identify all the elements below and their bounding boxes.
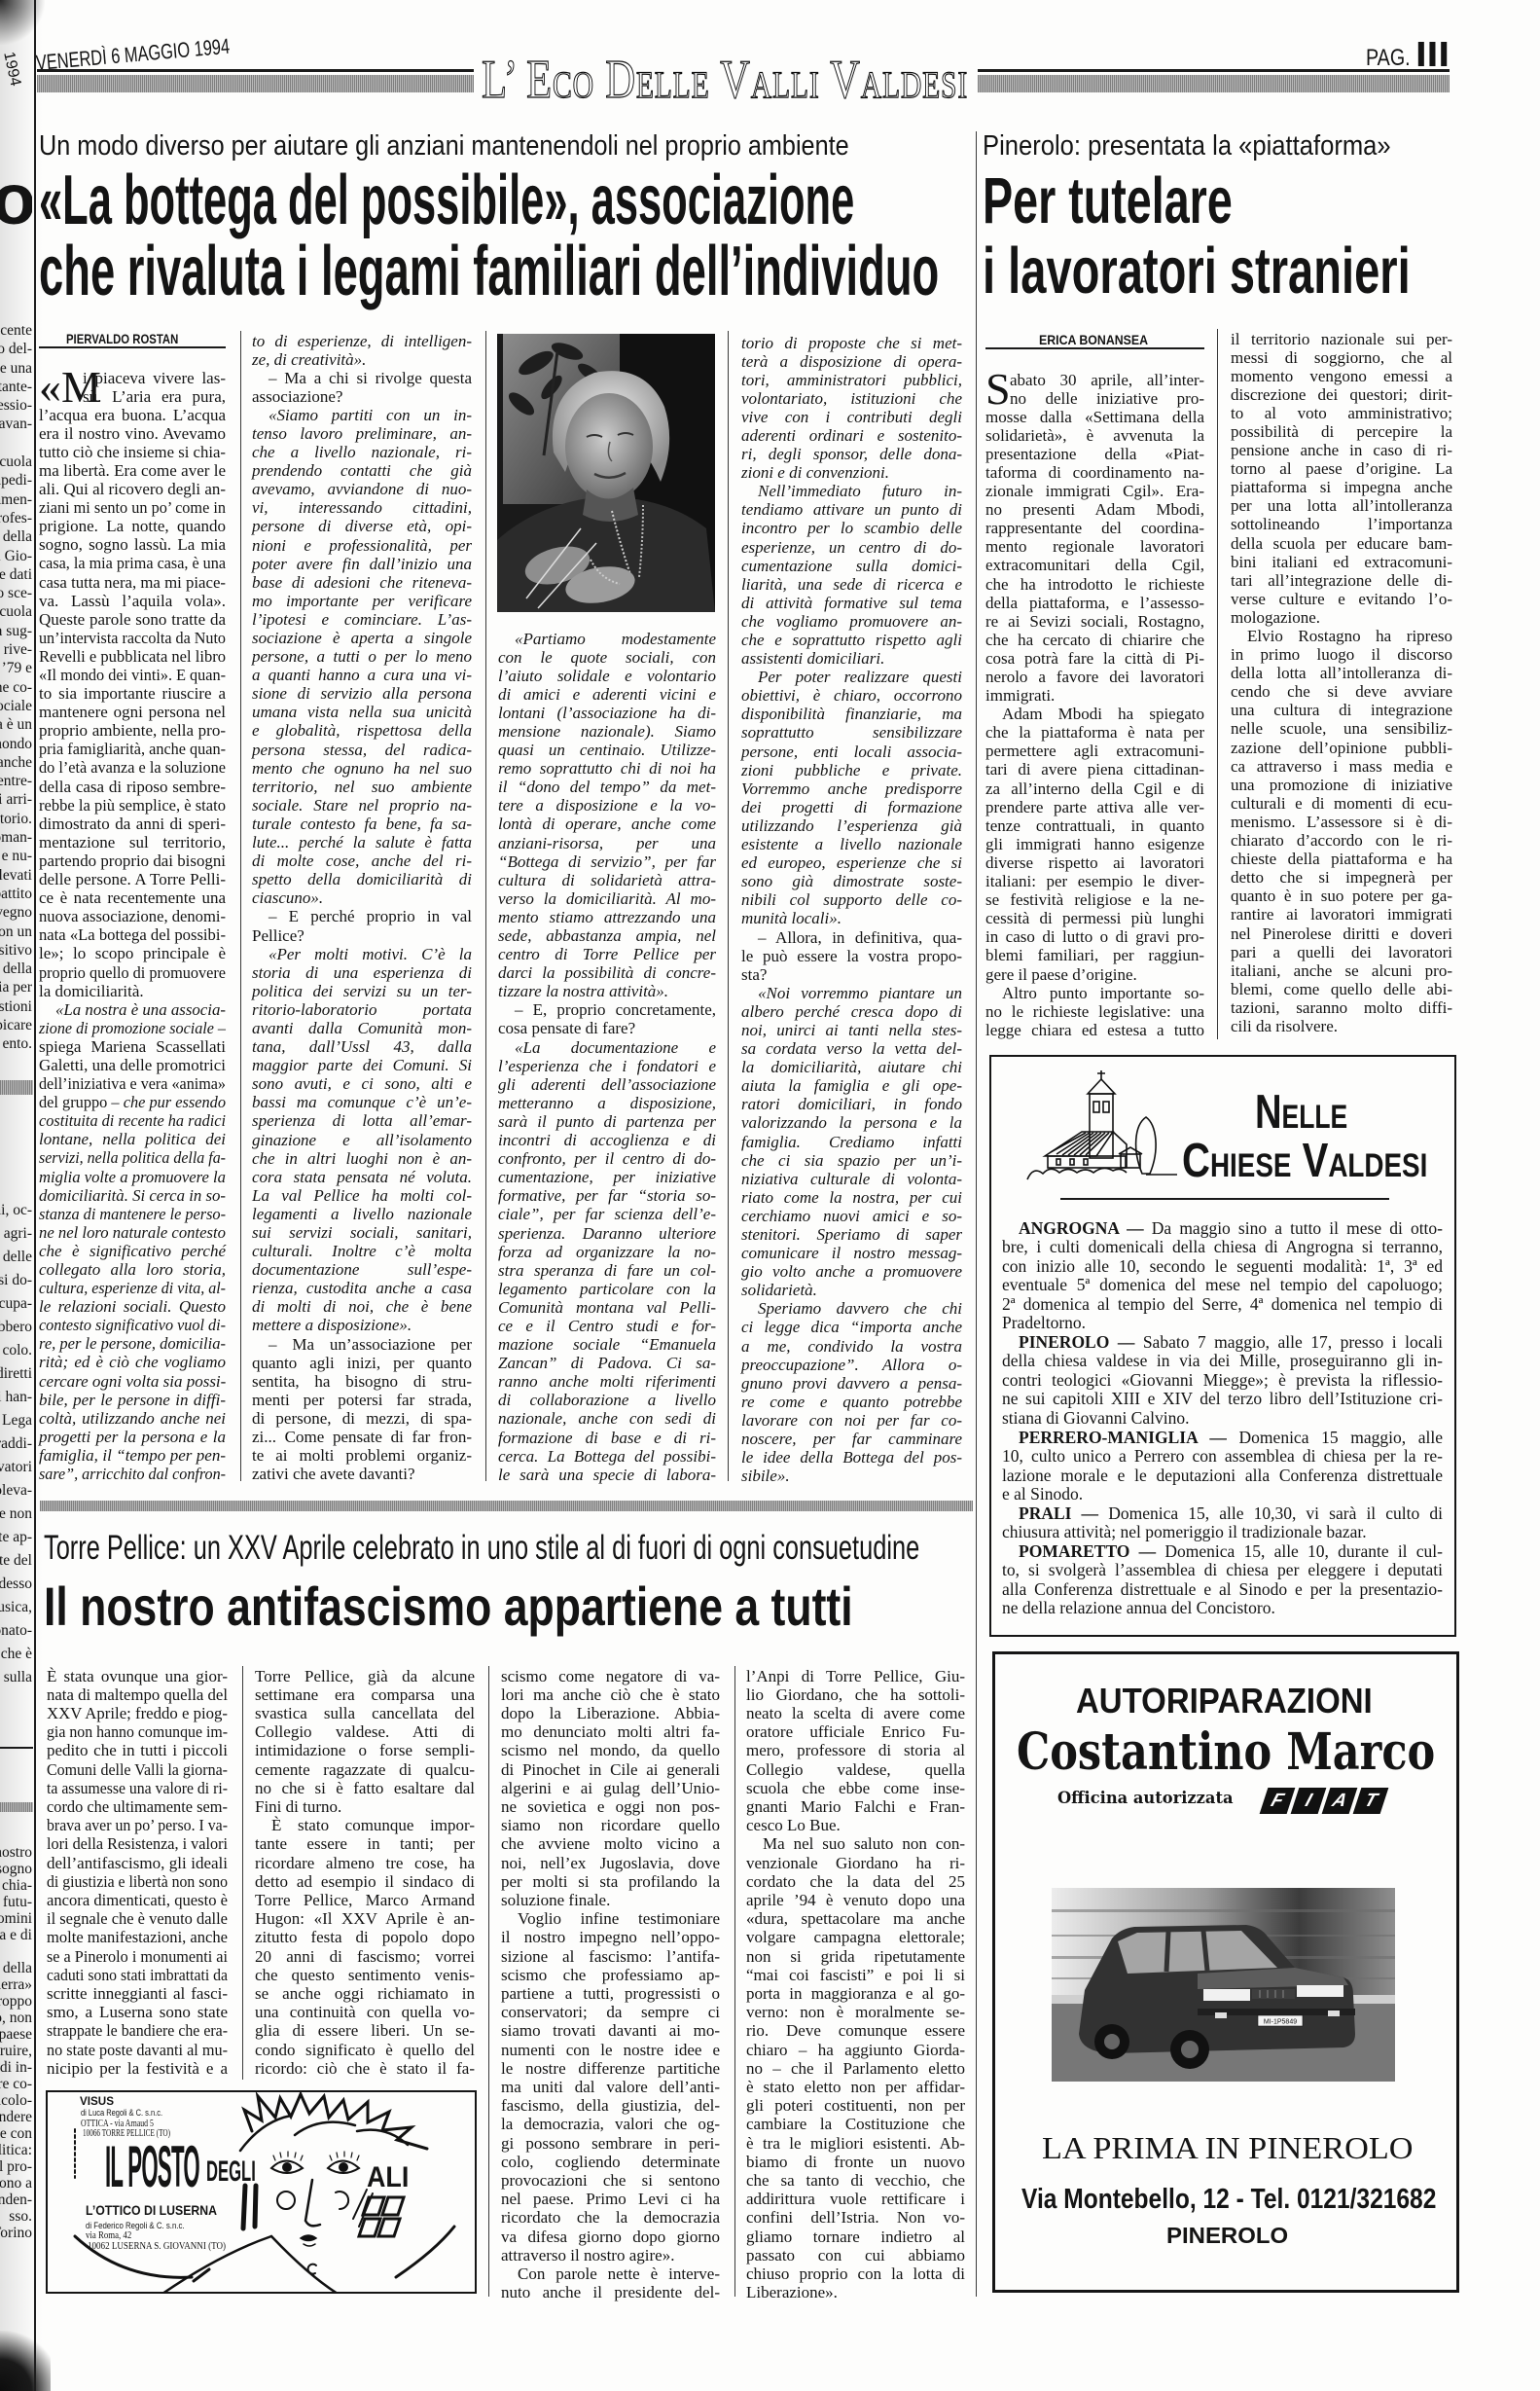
text-line: esistente a livello nazionale (741, 835, 962, 853)
text-line: È stato comunque impor- (255, 1816, 475, 1834)
fragment-line: ’avan- (0, 415, 32, 433)
text-line: rappresentante del coordina- (985, 519, 1204, 537)
text-line: tazioni, saranno molto diffi- (1231, 998, 1452, 1017)
text-line: conservatori; da sempre ci (501, 2003, 720, 2021)
text-line: l’esperienza che i fondatori e (498, 1057, 716, 1075)
text-line: presentazione della «Piat- (985, 445, 1204, 463)
text-line: Speriamo davvero che chi (741, 1299, 962, 1318)
text-line: vi, interessando cittadini, (252, 498, 472, 517)
article-pinerolo-headline-line-2: i lavoratori stranieri (983, 238, 1411, 304)
article-bottega-column-2: to di esperienze, di intelligen-ze, di c… (252, 332, 472, 1484)
text-line: cosa pensate di fare? (498, 1019, 716, 1037)
text-line: ginazione e all’isolamento (252, 1131, 472, 1149)
text-line: cerchiamo nuovi amici e so- (741, 1207, 962, 1225)
text-line: nazionale, anche con sedi di (498, 1409, 716, 1428)
text-line: «dura, spettacolare ma anche (746, 1909, 965, 1928)
text-line: legge chiara ed estesa a tutto (985, 1021, 1204, 1039)
fragment-line: politica: (0, 2142, 32, 2158)
fragment-line: nto, non (0, 2010, 32, 2026)
text-line: brava aver un po’ perso. I va- (47, 1816, 228, 1834)
prev-page-rule (0, 1747, 33, 1749)
text-line: che la piattaforma è nata per (985, 723, 1204, 742)
text-line: ce e il Centro studi e for- (498, 1317, 716, 1335)
shop2-city: 10062 LUSERNA S. GIOVANNI (TO) (88, 2242, 226, 2253)
text-line: cercare ogni volta sia possi- (39, 1372, 226, 1391)
paragraph: Con parole nette è interve-nuto anche il… (501, 2264, 720, 2301)
text-line: una cultura di integrazione (1231, 701, 1452, 719)
text-line: Voglio infine testimoniare (501, 1909, 720, 1928)
text-line: Comuni delle Valli la giorna- (47, 1760, 228, 1779)
text-line: di molte cose, anche del ri- (252, 851, 472, 870)
ad-title-wrap: AUTORIPARAZIONI (1076, 1684, 1400, 1719)
text-line: – Ma un’associazione per (252, 1335, 472, 1354)
text-line: rio. Deve comunque essere (746, 2021, 965, 2040)
text-line: il territorio nazionale sui per- (1231, 330, 1452, 348)
text-line: intimidazione o forse sempli- (255, 1741, 475, 1759)
text-line: È stata ovunque una gior- (47, 1667, 228, 1685)
paragraph: Altro punto importante so-no le richiest… (985, 984, 1204, 1039)
fragment-line: ngono a (0, 2175, 32, 2192)
fragment-line: profes- (0, 509, 32, 527)
text-line: associazione? (252, 387, 472, 406)
fragment-line: penden- (0, 2192, 32, 2208)
fragment-line: con un (0, 923, 32, 941)
text-line: tari all’integrazione delle di- (1231, 571, 1452, 590)
text-line: che in altri luoghi non è an- (252, 1149, 472, 1168)
fragment-line: mpedi- (0, 471, 32, 489)
paragraph: – E perché proprio in valPellice? (252, 907, 472, 944)
text-line: di collaborazione a livello (498, 1391, 716, 1409)
text-line: aiuta la famiglia e gli ope- (741, 1076, 962, 1095)
text-line: momento vengono emessi a (1231, 367, 1452, 385)
fragment-line: nte ap- (0, 1526, 32, 1549)
text-line: scuola che ebbe come inse- (746, 1779, 965, 1797)
text-line: taforma di coordinamento na- (985, 463, 1204, 482)
text-line: ricordato che la democrazia (501, 2208, 720, 2227)
text-line: zioni pubbliche e private. (741, 761, 962, 779)
text-line: storia di una esperienza di (252, 963, 472, 982)
text-line: anziani-risorsa, per una (498, 834, 716, 852)
text-line: mazione sociale “Emanuela (498, 1335, 716, 1354)
text-line: no che si è fatto esaltare dal (255, 1779, 475, 1797)
text-line: domiciliarità. Si cerca in so- (39, 1186, 226, 1205)
text-line: incontri di accoglienza e di (498, 1131, 716, 1149)
church-box-title-line-1: Nelle (1255, 1089, 1347, 1137)
article-bottega-byline: PIERVALDO ROSTAN (66, 332, 178, 345)
text-line: attraverso il nostro agire». (501, 2246, 720, 2264)
text-line: sogno, sogno lassù. La mia (39, 535, 226, 554)
text-line: lontani (l’associazione ha di- (498, 704, 716, 722)
text-line: fascismo, della giustizia, del- (501, 2096, 720, 2115)
paragraph: – Ma un’associazione perquanto agli iniz… (252, 1335, 472, 1484)
text-line: PERRERO-MANIGLIA — Domenica 15 maggio, a… (1002, 1429, 1443, 1448)
text-line: tenso lavoro preliminare, an- (252, 424, 472, 443)
text-line: chiaro – ha aggiunto Giorda- (746, 2041, 965, 2059)
text-line: che è significativo perché (39, 1242, 226, 1260)
text-line: no le richieste legislative: una (985, 1002, 1204, 1021)
fragment-line: sociale (0, 697, 32, 715)
text-line: Collegio valdese. Atti di (255, 1722, 475, 1741)
text-line: a quanti hanno a cura una vi- (252, 666, 472, 684)
text-line: scritte inneggianti al fasci- (47, 1984, 228, 2003)
text-line: verso la domiciliarità. Al mo- (498, 889, 716, 908)
text-line: proprio ambiente, nella pro- (39, 721, 226, 740)
text-line: Torre Pellice, già da alcune (255, 1667, 475, 1685)
text-line: gli poteri costituenti, non per (746, 2096, 965, 2115)
text-line: zitutto festa di popolo dopo (255, 1928, 475, 1946)
article-pinerolo-column-1: Sabato 30 aprile, all’inter-no delle ini… (985, 371, 1204, 1039)
text-line: famiglia, il “tempo per pen- (39, 1446, 226, 1465)
fragment-line: rzi han- (0, 1386, 32, 1409)
article-bottega-column-1: «Mi piaceva vivere las-sù. L’aria era pu… (39, 369, 226, 1484)
text-line: della lotta all’intolleranza di- (1231, 664, 1452, 682)
text-line: sperienza. Daranno ulteriore (498, 1224, 716, 1243)
text-line: che ha cercato di chiarire che (985, 631, 1204, 649)
fragment-line: io del- (0, 340, 32, 358)
text-line: «La documentazione e (498, 1038, 716, 1057)
fragment-line: fessio- (0, 396, 32, 415)
text-line: quanto è in suo potere per ga- (1231, 887, 1452, 905)
masthead-title: L’ Eco Delle Valli Valdesi (482, 53, 968, 107)
paragraph: PERRERO-MANIGLIA — Domenica 15 maggio, a… (1002, 1429, 1443, 1504)
text-line: sizione al fascismo: l’antifa- (501, 1947, 720, 1966)
fragment-line: e entre- (0, 772, 32, 790)
text-line: pria famigliarità, anche quan- (39, 740, 226, 758)
text-line: va. Lassù l’aquila vola». (39, 592, 226, 610)
paragraph: Voglio infine testimoniareil nostro impe… (501, 1909, 720, 2264)
fragment-line: scuola (0, 453, 32, 471)
text-line: porta in maggioranza e al go- (746, 1984, 965, 2003)
text-line: il nostro impegno nell’oppo- (501, 1928, 720, 1946)
text-line: diverse rispetto ai lavoratori (985, 853, 1204, 872)
text-line: confini dell’Istria. Non vo- (746, 2208, 965, 2227)
text-line: lazione morale e le deputazioni alla Con… (1002, 1467, 1443, 1486)
ad-subtitle: Officina autorizzata (1057, 1791, 1234, 1807)
text-line: zi... Come pensate di far fron- (252, 1428, 472, 1446)
fragment-line: musica, (0, 1596, 32, 1619)
text-line: cultura di solidarietà attra- (498, 871, 716, 889)
text-line: riato come la nostra, per cui (741, 1188, 962, 1207)
article-pinerolo-kicker-wrap: Pinerolo: presentata la «piattaforma» (983, 132, 1446, 161)
text-line: stenitori. Speriamo di saper (741, 1225, 962, 1244)
fragment-line: to delle (0, 1246, 32, 1269)
ad-city-wrap: PINEROLO (1166, 2225, 1283, 2248)
text-line: ali. Qui al ricovero degli an- (39, 480, 226, 498)
text-line: biamo di fronte un nuovo (746, 2153, 965, 2171)
header-rule-left (37, 69, 474, 72)
text-line: assistenti domiciliari. (741, 649, 962, 668)
text-line: no – che il Parlamento eletto (746, 2059, 965, 2078)
text-line: tizzare la nostra attività». (498, 982, 716, 1000)
fragment-line: n Gio- (0, 547, 32, 565)
text-line: Elvio Rostagno ha ripreso (1231, 627, 1452, 645)
paragraph: «La nostra è una associa-zione di promoz… (39, 1000, 226, 1483)
text-line: del gruppo – che pur essendo (39, 1093, 226, 1111)
text-line: eventuale 5ª domenica del mese nel tempi… (1002, 1276, 1443, 1295)
text-line: spetto della domiciliarità di (252, 870, 472, 888)
fragment-line: rale con (0, 2125, 32, 2142)
text-line: scismo come negatore di va- (501, 1667, 720, 1685)
text-line: disponibilità finanziarie, ma (741, 705, 962, 723)
text-line: passato con cui abbiamo (746, 2246, 965, 2264)
text-line: soprattutto sensibilizzare (741, 723, 962, 742)
text-line: volontariato, istituzioni che (741, 389, 962, 408)
text-line: volgare campagna elettorale; (746, 1928, 965, 1946)
text-line: sede, abbastanza ampia, nel (498, 926, 716, 945)
column-divider (242, 1666, 243, 2080)
text-line: la domiciliarità. (39, 982, 226, 1000)
text-line: quanto agli inizi, per quanto (252, 1354, 472, 1372)
elderly-woman-photo-icon (497, 334, 715, 612)
fragment-line: uomini (0, 1910, 32, 1927)
text-line: PRALI — Domenica 15, alle 10,30, vi sarà… (1002, 1504, 1443, 1524)
text-line: cordato che la data del 25 (746, 1872, 965, 1891)
article-bottega-column-3: «Partiamo modestamentecon le quote socia… (498, 630, 716, 1484)
text-line: che ci sia spazio per un’i- (741, 1151, 962, 1170)
text-line: liarità, una sede di ricerca e (741, 575, 962, 594)
text-line: mero, professore di storia al (746, 1741, 965, 1759)
text-line: con inizio alle 10, secondo le seguenti … (1002, 1257, 1443, 1277)
text-line: valorizzando la persona e la (741, 1113, 962, 1132)
text-line: se festività religiose e la ne- (985, 890, 1204, 909)
article-antifascismo-headline-wrap: Il nostro antifascismo appartiene a tutt… (44, 1579, 1061, 1634)
ad-name-wrap: Costantino Marco (1017, 1727, 1522, 1778)
text-line: cendo che si deve avviare (1231, 682, 1452, 701)
fragment-line: doman- (0, 828, 32, 847)
paragraph: «La documentazione el’esperienza che i f… (498, 1038, 716, 1484)
fragment-line: l nostro (0, 1844, 32, 1861)
text-line: oratore ufficiale Enrico Fu- (746, 1722, 965, 1741)
text-line: permettere agli extracomuni- (985, 742, 1204, 760)
text-line: di amici e aderenti vicini e (498, 685, 716, 704)
article-antifascismo-column-1: È stata ovunque una gior-nata di maltemp… (47, 1667, 228, 2078)
text-line: sentita, ha bisogno di stru- (252, 1372, 472, 1391)
fragment-line: di rive- (0, 640, 32, 659)
text-line: Hugon: «Il XXV Aprile è an- (255, 1909, 475, 1928)
text-line: tere a disposizione e la vo- (498, 796, 716, 815)
ad-address-wrap: Via Montebello, 12 - Tel. 0121/321682 (1021, 2186, 1511, 2214)
text-line: – E, proprio concretamente, (498, 1000, 716, 1019)
text-line: PINEROLO — Sabato 7 maggio, alle 17, pre… (1002, 1333, 1443, 1353)
text-line: zioni e di convenzioni. (741, 463, 962, 482)
text-line: che questo sentimento venis- (255, 1966, 475, 1984)
text-line: remo soprattutto chi di noi ha (498, 759, 716, 778)
text-line: re, per le persone, domicilia- (39, 1334, 226, 1353)
fragment-line: in agri- (0, 1222, 32, 1246)
fragment-line: tti sulla (0, 1666, 32, 1689)
fragment-line: ltivatori (0, 1456, 32, 1479)
paragraph: Sabato 30 aprile, all’inter-no delle ini… (985, 371, 1204, 706)
text-line: munità locali». (741, 909, 962, 927)
text-line: centro di Torre Pellice per (498, 945, 716, 963)
column-divider (240, 331, 241, 1481)
text-line: costituita di recente ha radici (39, 1111, 226, 1130)
text-line: Nell’immediato futuro in- (741, 482, 962, 500)
logo-letter: F (1260, 1788, 1296, 1814)
text-line: documentazione sull’espe- (252, 1260, 472, 1279)
text-line: la domiciliarità, aiutare chi (741, 1058, 962, 1076)
fragment-line: scuola (0, 602, 32, 621)
text-line: bre, i culti domenicali della chiesa di … (1002, 1238, 1443, 1257)
text-line: 10, culto unico a Perrero con assemblea … (1002, 1447, 1443, 1467)
text-line: molte manifestazioni, anche (47, 1928, 228, 1946)
text-line: Torre Pellice, Marco Armand (255, 1891, 475, 1909)
logo-letter: T (1353, 1788, 1389, 1814)
text-line: le idee della Bottega del pos- (741, 1448, 962, 1467)
text-line: nata «La bottega del possibi- (39, 925, 226, 944)
text-line: gli aderenti dell’associazione (498, 1075, 716, 1094)
text-line: quasi un centinaio. Utilizze- (498, 741, 716, 759)
text-line: do l’età avanza e la soluzione (39, 758, 226, 777)
fragment-line: estioni (0, 997, 32, 1016)
text-line: «Partiamo modestamente (498, 630, 716, 648)
fragment-line: torio. (0, 810, 32, 828)
text-line: coltà, utilizzando anche nei (39, 1409, 226, 1428)
text-line: della chiesa valdese in via dei Mille, p… (1002, 1352, 1443, 1371)
text-line: miglia volte a promuovere la (39, 1168, 226, 1186)
text-line: servizi, nella politica della fa- (39, 1148, 226, 1167)
text-line: rità; ed è ciò che vogliamo (39, 1353, 226, 1371)
text-line: famiglia. Crediamo infatti (741, 1133, 962, 1151)
text-line: ancora dimenticati, questo è (47, 1891, 228, 1909)
text-line: la democrazia, valori che og- (501, 2115, 720, 2133)
paragraph: – E, proprio concretamente,cosa pensate … (498, 1000, 716, 1037)
text-line: rienza, custodita anche a casa (252, 1279, 472, 1297)
text-line: in caso di lutto o di gravi pro- (985, 927, 1204, 946)
text-line: italiani: per esempio le diver- (985, 872, 1204, 890)
paragraph: – Ma a chi si rivolge questaassociazione… (252, 369, 472, 406)
text-line: tenze contrattuali, in quanto (985, 816, 1204, 835)
text-line: lute... perché la salute è fatta (252, 833, 472, 851)
text-line: gliamo tornare indietro al (746, 2228, 965, 2246)
text-line: stra speranza di fare un col- (498, 1261, 716, 1280)
text-line: re come e quanto potrebbe (741, 1393, 962, 1411)
text-line: mensione nazionale). Siamo (498, 722, 716, 741)
article-antifascismo-kicker-wrap: Torre Pellice: un XXV Aprile celebrato i… (44, 1531, 1251, 1565)
text-line: prendendo contatti che già (252, 461, 472, 480)
text-line: confronto, per il centro di do- (498, 1149, 716, 1168)
section-divider (976, 131, 977, 2297)
text-line: solidarietà», è avvenuta la (985, 426, 1204, 445)
text-line: to al voto amministrativo; (1231, 404, 1452, 422)
text-line: sa cordata verso la vetta del- (741, 1039, 962, 1058)
article-pinerolo-headline-2-wrap: i lavoratori stranieri (983, 238, 1540, 304)
church-box-rule (1060, 1198, 1389, 1200)
text-line: sottolineando l’importanza (1231, 515, 1452, 533)
text-line: casa tutta nera, ma mi piace- (39, 573, 226, 592)
text-line: settimane era comparsa una (255, 1685, 475, 1704)
text-line: to sia importante riuscire a (39, 684, 226, 703)
text-line: che sa tanto di vecchio, che (746, 2171, 965, 2190)
text-line: nuova associazione, denomi- (39, 907, 226, 925)
text-line: te ai molti problemi organiz- (252, 1446, 472, 1465)
fragment-line: oni, oc- (0, 1199, 32, 1222)
text-line: di giustizia e libertà non sono (47, 1872, 228, 1891)
text-line: scismo nel mondo, da quello (501, 1741, 720, 1759)
text-line: culturali e di momenti di ecu- (1231, 794, 1452, 813)
text-line: dell’antifascismo, gli ideali (47, 1854, 228, 1872)
text-line: nerolo a favore dei lavoratori (985, 668, 1204, 686)
article-pinerolo-column-2: il territorio nazionale sui per-messi di… (1231, 330, 1452, 1036)
text-line: ne sui capitoli XIII e XIV del terzo lib… (1002, 1390, 1443, 1409)
text-line: prendere parte attiva alle ver- (985, 798, 1204, 816)
text-line: ANGROGNA — Da maggio sino a tutto il mes… (1002, 1219, 1443, 1239)
text-line: bini italiani ed extracomuni- (1231, 553, 1452, 571)
text-line: menti per potersi far strada, (252, 1391, 472, 1409)
text-line: mento regionale lavoratori (985, 537, 1204, 556)
text-line: no state poste davanti al mu- (47, 2041, 228, 2059)
text-line: di persone, di mezzi, di spa- (252, 1409, 472, 1428)
text-line: pedito che in tutti i piccoli (47, 1741, 228, 1759)
text-line: «Per molti motivi. C’è la (252, 945, 472, 963)
text-line: extracomunitari della Cgil, (985, 556, 1204, 574)
text-line: Revelli e pubblicata nel libro (39, 647, 226, 666)
text-line: è tra le migliori esistenti. Ab- (746, 2134, 965, 2153)
fragment-line: nza e di (0, 1927, 32, 1943)
ad-title: AUTORIPARAZIONI (1076, 1684, 1373, 1719)
fragment-line: lo sce- (0, 584, 32, 602)
text-line: spiega Mariena Scassellati (39, 1037, 226, 1056)
text-line: ziani mi sento un po’ come in (39, 498, 226, 517)
text-line: avevamo, avviandone di nuo- (252, 480, 472, 498)
text-line: sarà il punto di partenza per (498, 1112, 716, 1131)
paragraph: ANGROGNA — Da maggio sino a tutto il mes… (1002, 1219, 1443, 1333)
text-line: Con parole nette è interve- (501, 2264, 720, 2283)
text-line: strappate le bandiere che era- (47, 2021, 228, 2040)
fragment-line: o di in- (0, 2059, 32, 2076)
paragraph: l’Anpi di Torre Pellice, Giu-lio Giordan… (746, 1667, 965, 1835)
text-line: umana vista nella sua unicità (252, 703, 472, 721)
article-pinerolo-byline: ERICA BONANSEA (1039, 333, 1148, 346)
text-line: dimostrato da anni di speri- (39, 815, 226, 833)
text-line: ma libertà. Era come aver le (39, 461, 226, 480)
text-line: proprio quello di promuovere (39, 963, 226, 982)
text-line: tana, dall’Ussl 43, dalla (252, 1037, 472, 1056)
text-line: lori ma anche ciò che è stato (501, 1685, 720, 1704)
text-line: contesto significativo vuol di- (39, 1316, 226, 1334)
article-bottega-headline-line-1: «La bottega del possibile», associazione (39, 165, 854, 235)
ad-slogan-wrap: LA PRIMA IN PINEROLO (1042, 2132, 1388, 2163)
text-line: zativi che avete davanti? (252, 1465, 472, 1483)
text-line: mologazione. (1231, 608, 1452, 627)
text-line: ciascuno». (252, 888, 472, 907)
text-line: mantenere ogni persona nel (39, 703, 226, 721)
text-line: sare”, arricchito dal confron- (39, 1465, 226, 1483)
text-line: in primo luogo il discorso (1231, 645, 1452, 664)
text-line: e globalità, rispettosa della (252, 721, 472, 740)
fragment-line: uonato- (0, 1619, 32, 1643)
text-line: della scuola per educare bam- (1231, 534, 1452, 553)
scan-smudge-bottom (0, 2331, 51, 2391)
place-name: PERRERO-MANIGLIA — (1019, 1428, 1239, 1447)
ad-business-name: Costantino Marco (1017, 1727, 1435, 1778)
text-line: ricordare almeno tre cose, ha (255, 1854, 475, 1872)
text-line: Vorremmo anche predisporre (741, 779, 962, 798)
page-label-wrap: PAG. (1366, 47, 1420, 70)
text-line: addirittura vuole rettificare i (746, 2190, 965, 2208)
text-line: Zancan” di Padova. Ci sa- (498, 1354, 716, 1372)
text-line: di Pinochet in Cile ai generali (501, 1760, 720, 1779)
prev-page-column-block-2: oni, oc-in agri-to dellei si do-occupa-r… (0, 1199, 32, 1689)
paragraph: Elvio Rostagno ha ripresoin primo luogo … (1231, 627, 1452, 1035)
text-line: no presenti Adam Mbodi, (985, 500, 1204, 519)
text-line: ranno anche molti riferimenti (498, 1372, 716, 1391)
text-line: discrezione dei questori; dirit- (1231, 385, 1452, 404)
car-photo-icon: MI-1P5849 (1052, 1888, 1395, 2082)
text-line: soluzione finale. (501, 1891, 720, 1909)
fragment-line (0, 1943, 32, 1960)
text-line: politica dei servizi su un ter- (252, 982, 472, 1000)
